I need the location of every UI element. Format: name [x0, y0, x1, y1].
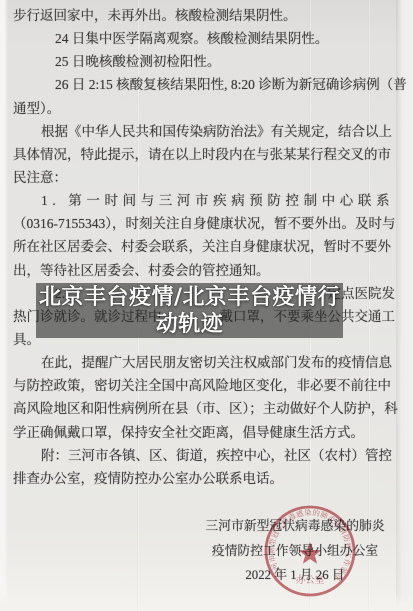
document-line: 在此，提醒广大居民朋友密切关注权威部门发布的疫情信息	[13, 351, 395, 374]
document-line: 25 日晚核酸检测初检阳性。	[13, 50, 395, 73]
document-line: 根据《中华人民共和国传染病防治法》有关规定，结合以上	[13, 120, 395, 143]
official-seal: 三河市新型冠状病毒感染的肺炎疫情防控工作领导小组 办公室	[261, 502, 359, 600]
svg-text:三河市新型冠状病毒感染的肺炎疫情防控工作领导小组: 三河市新型冠状病毒感染的肺炎疫情防控工作领导小组	[261, 502, 353, 583]
paper-left-edge	[0, 0, 8, 611]
document-line: 1. 第一时间与三河市疾病预防控制中心联系	[13, 189, 395, 212]
document-line: （0316-7155343），时刻关注自身健康状况，暂不要外出。及时与	[13, 212, 395, 235]
document-line: 排查办公室，疫情防控办公室办公联系电话。	[13, 467, 395, 490]
document-line: 与防控政策，密切关注全国中高风险地区变化，非必要不前往中	[13, 374, 395, 397]
document-line: 学正确佩戴口罩，保持安全社交距离，倡导健康生活方式。	[13, 421, 395, 444]
document-line: 具体情况，特此提示，请在以上时段内在与张某某行程交叉的市	[13, 143, 395, 166]
caption-banner-line2: 动轨迹	[156, 311, 224, 338]
document-line: 24 日集中医学隔离观察。核酸检测结果阴性。	[13, 27, 395, 50]
document-line: 步行返回家中，未再外出。核酸检测结果阴性。	[13, 4, 395, 27]
document-line: 附：三河市各镇、区、街道，疾控中心，社区（农村）管控	[13, 444, 395, 467]
document-line: 26 日 2:15 核酸复核结果阳性, 8:20 诊断为新冠确诊病例（普	[13, 73, 395, 96]
document-line: 民注意：	[13, 166, 395, 189]
seal-bottom-text: 办公室	[296, 574, 325, 586]
seal-arc-text: 三河市新型冠状病毒感染的肺炎疫情防控工作领导小组	[261, 502, 353, 583]
document-photo: 步行返回家中，未再外出。核酸检测结果阴性。24 日集中医学隔离观察。核酸检测结果…	[0, 0, 413, 611]
document-line: 高风险地区和阳性病例所在县（市、区）；主动做好个人防护，科	[13, 397, 395, 420]
document-body: 步行返回家中，未再外出。核酸检测结果阴性。24 日集中医学隔离观察。核酸检测结果…	[13, 4, 395, 490]
document-line: 出，等待社区居委会、村委会的管控通知。	[13, 259, 395, 282]
seal-star-icon	[299, 542, 322, 564]
caption-banner-line1: 北京丰台疫情/北京丰台疫情行	[39, 284, 340, 311]
document-line: 通型）。	[13, 97, 395, 120]
document-line: 所在社区居委会、村委会联系，关注自身健康状况，暂时不要外	[13, 235, 395, 258]
caption-banner: 北京丰台疫情/北京丰台疫情行 动轨迹	[36, 283, 343, 338]
